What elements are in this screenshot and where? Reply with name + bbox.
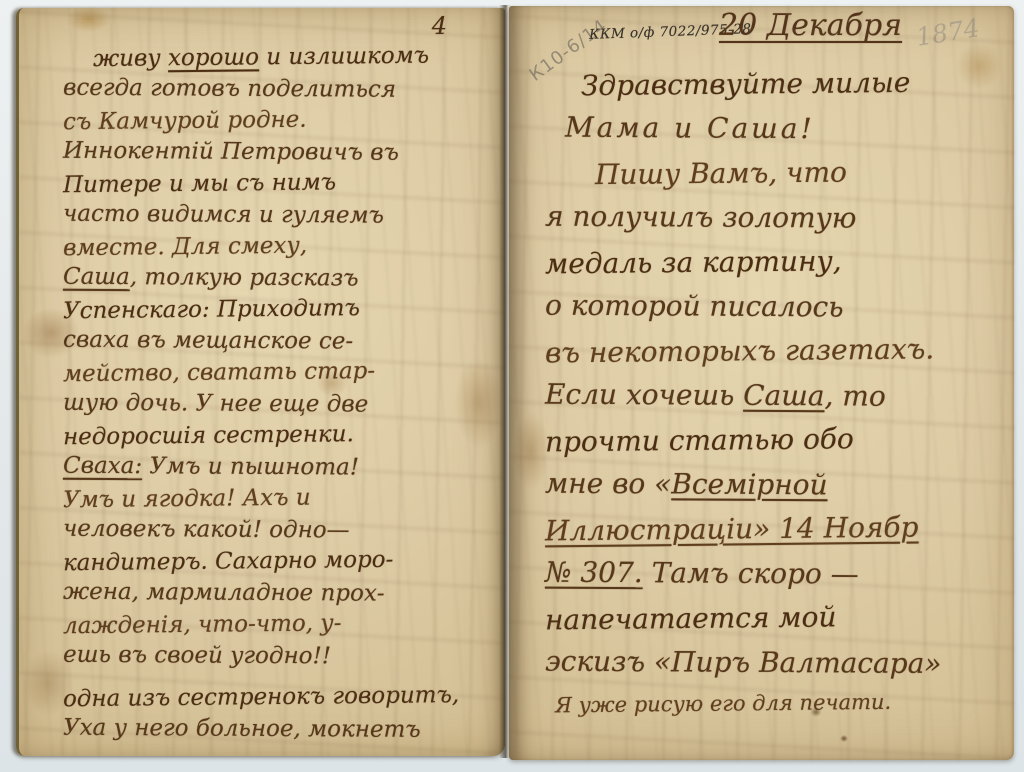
handwriting-line: кандитеръ. Сахарно моро- — [63, 544, 491, 580]
handwriting-line: всегда готовъ поделиться — [63, 72, 491, 106]
handwriting-line: № 307. Тамъ скоро — — [545, 550, 1008, 597]
underlined-word: хорошо — [168, 44, 259, 71]
handwriting-line: мейство, сватать стар- — [63, 355, 491, 391]
handwriting-line: Мама и Саша! — [565, 105, 1008, 152]
underlined-word: Всемірной — [671, 467, 827, 501]
right-page-handwriting: Здравствуйте милыеМама и Саша!Пишу Вамъ,… — [545, 62, 1008, 726]
handwriting-line: въ некоторыхъ газетахъ. — [545, 327, 1008, 376]
handwriting-line: Сваха: Умъ и пышнота! — [63, 450, 491, 484]
underlined-word: Иллюстраціи» 14 Ноябр — [545, 511, 919, 548]
handwriting-line: съ Камчурой родне. — [63, 103, 491, 139]
handwriting-line: мне во «Всемірной — [545, 461, 1008, 508]
paper-stain — [839, 734, 849, 743]
underlined-word: Сваха: — [63, 452, 142, 478]
handwriting-line: Успенскаго: Приходитъ — [63, 292, 491, 328]
underlined-word: Саша — [743, 378, 825, 411]
handwriting-line: Здравствуйте милые — [581, 60, 1008, 109]
underlined-word: Саша — [63, 263, 130, 289]
handwriting-line: Уха у него больное, мокнетъ — [63, 712, 491, 746]
handwriting-line: часто видимся и гуляемъ — [63, 198, 491, 232]
handwriting-line: шую дочь. У нее еще две — [63, 387, 491, 421]
handwriting-line: одна изъ сестренокъ говоритъ, — [63, 680, 491, 716]
year-pencil-annotation: 1874 — [914, 13, 981, 52]
handwriting-line: Саша, толкую разсказъ — [63, 261, 491, 295]
handwriting-line: Пишу Вамъ, что — [595, 149, 1008, 198]
handwriting-line: Я уже рисую его для печати. — [555, 679, 1008, 728]
handwriting-line: прочти статью обо — [545, 416, 1008, 465]
handwriting-line: лажденія, что-что, у- — [63, 607, 491, 643]
handwriting-line: я получилъ золотую — [545, 194, 1008, 241]
paper-stain — [59, 2, 119, 36]
handwriting-line: Иннокентій Петровичъ въ — [63, 135, 491, 169]
handwriting-line: Иллюстраціи» 14 Ноябр — [545, 505, 1008, 554]
handwriting-line: напечатается мой — [545, 594, 1008, 643]
handwriting-line: о которой писалось — [545, 283, 1008, 330]
handwriting-line: Питере и мы съ нимъ — [63, 166, 491, 202]
handwriting-line: жена, мармиладное прох- — [63, 576, 491, 610]
handwriting-line: вместе. Для смеху, — [63, 229, 491, 265]
page-number: 4 — [432, 12, 447, 40]
left-page-handwriting: живу хорошо и излишкомъвсегда готовъ под… — [63, 42, 491, 745]
letter-page-left: 4 живу хорошо и излишкомъвсегда готовъ п… — [16, 8, 505, 756]
letter-date-text: 20 Декабря — [719, 8, 902, 43]
handwriting-line: сваха въ мещанское се- — [63, 324, 491, 358]
handwriting-line: человекъ какой! одно— — [63, 513, 491, 547]
handwriting-line: недоросшія сестренки. — [63, 418, 491, 454]
letter-page-right: К10-6/14 ККМ о/ф 7022/975-28 20 Декабря … — [509, 6, 1014, 760]
handwriting-line: Если хочешь Саша, то — [545, 372, 1008, 419]
letter-date: 20 Декабря — [719, 8, 902, 43]
handwriting-line: живу хорошо и излишкомъ — [93, 40, 491, 76]
letter-scan: 4 живу хорошо и излишкомъвсегда готовъ п… — [0, 0, 1024, 772]
handwriting-line: ешь въ своей угодно!! — [63, 639, 491, 673]
handwriting-line: медаль за картину, — [545, 238, 1008, 287]
underlined-word: № 307. — [545, 555, 643, 589]
handwriting-line: Умъ и ягодка! Ахъ и — [63, 481, 491, 517]
